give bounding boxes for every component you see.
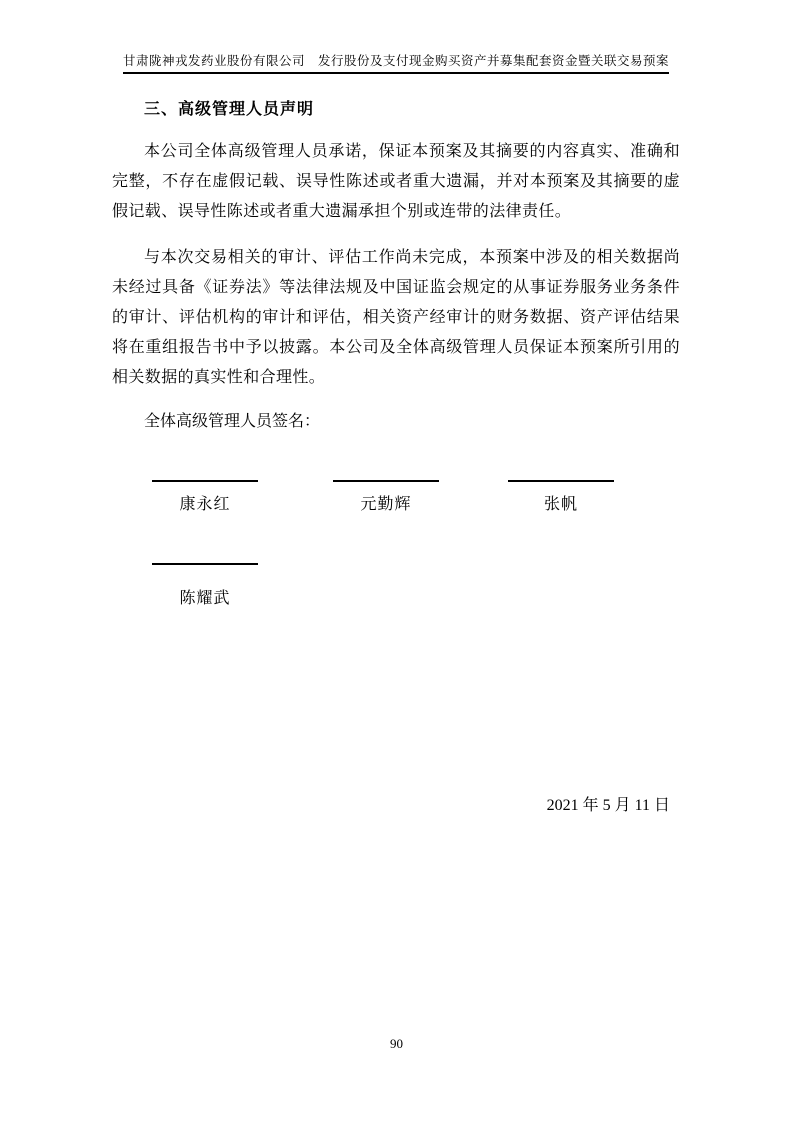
signature-line — [152, 563, 258, 565]
document-page: 甘肃陇神戎发药业股份有限公司 发行股份及支付现金购买资产并募集配套资金暨关联交易… — [0, 0, 793, 1122]
document-date: 2021 年 5 月 11 日 — [547, 796, 670, 816]
signature-block-4: 陈耀武 — [152, 563, 258, 609]
page-header-text: 甘肃陇神戎发药业股份有限公司 发行股份及支付现金购买资产并募集配套资金暨关联交易… — [123, 53, 669, 74]
signature-name: 康永红 — [152, 495, 258, 515]
signature-label: 全体高级管理人员签名： — [112, 412, 320, 432]
signature-line — [508, 480, 614, 482]
signature-name: 张帆 — [508, 495, 614, 515]
section-title: 三、高级管理人员声明 — [144, 100, 314, 120]
signature-block-2: 元勤辉 — [333, 480, 439, 515]
signature-block-1: 康永红 — [152, 480, 258, 515]
page-header: 甘肃陇神戎发药业股份有限公司 发行股份及支付现金购买资产并募集配套资金暨关联交易… — [112, 53, 680, 74]
page-number: 90 — [0, 1036, 793, 1052]
signature-block-3: 张帆 — [508, 480, 614, 515]
signature-line — [333, 480, 439, 482]
signature-line — [152, 480, 258, 482]
signature-name: 元勤辉 — [333, 495, 439, 515]
signature-name: 陈耀武 — [152, 589, 258, 609]
paragraph-commitment: 本公司全体高级管理人员承诺，保证本预案及其摘要的内容真实、准确和完整，不存在虚假… — [112, 137, 680, 227]
paragraph-audit-disclosure: 与本次交易相关的审计、评估工作尚未完成，本预案中涉及的相关数据尚未经过具备《证券… — [112, 243, 680, 393]
